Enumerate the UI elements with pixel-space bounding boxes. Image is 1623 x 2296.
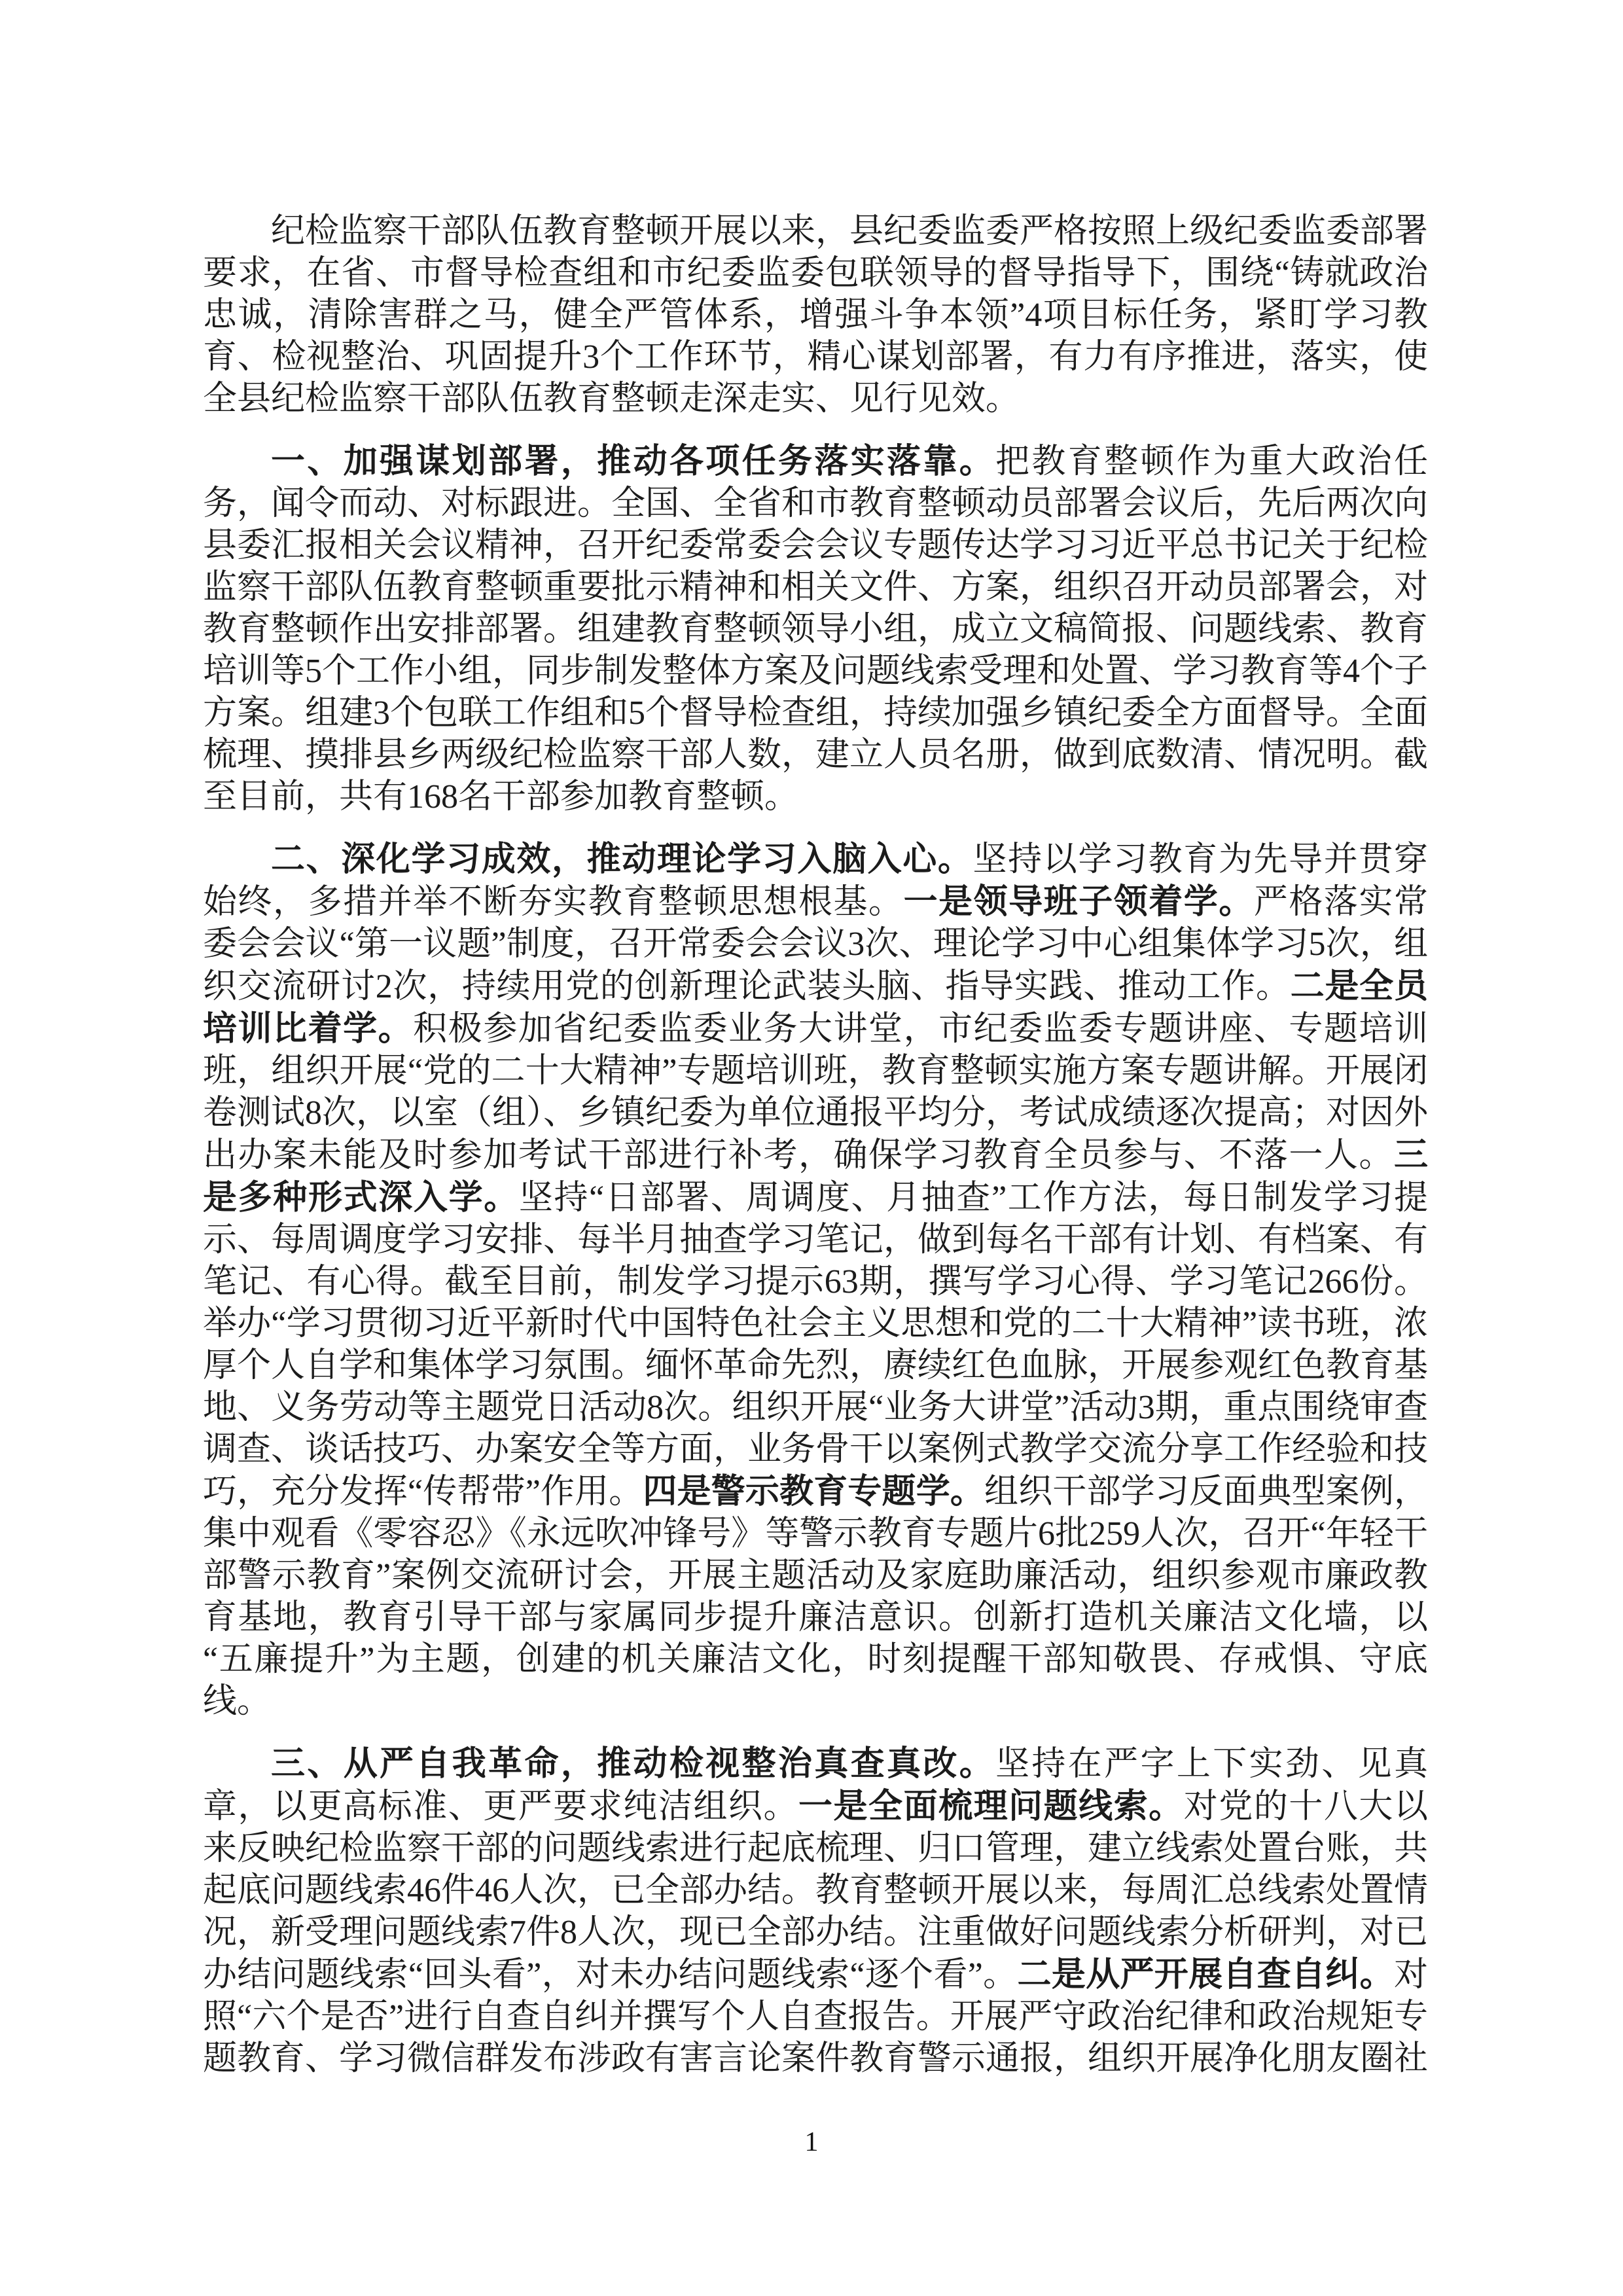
text-run: 把教育整顿作为重大政治任务，闻令而动、对标跟进。全国、全省和市教育整顿动员部署会… <box>203 443 1428 816</box>
text-run: 纪检监察干部队伍教育整顿开展以来，县纪委监委严格按照上级纪委监委部署要求，在省、… <box>203 213 1428 418</box>
bold-text-run: 三、从严自我革命，推动检视整治真查真改。 <box>271 1745 995 1783</box>
paragraph: 纪检监察干部队伍教育整顿开展以来，县纪委监委严格按照上级纪委监委部署要求，在省、… <box>203 211 1428 420</box>
paragraph: 一、加强谋划部署，推动各项任务落实落靠。把教育整顿作为重大政治任务，闻令而动、对… <box>203 440 1428 818</box>
document-page: 纪检监察干部队伍教育整顿开展以来，县纪委监委严格按照上级纪委监委部署要求，在省、… <box>0 0 1623 2296</box>
page-number: 1 <box>0 2126 1623 2159</box>
bold-text-run: 一、加强谋划部署，推动各项任务落实落靠。 <box>271 442 995 480</box>
paragraph: 三、从严自我革命，推动检视整治真查真改。坚持在严字上下实劲、见真章，以更高标准、… <box>203 1743 1428 2080</box>
paragraph: 二、深化学习成效，推动理论学习入脑入心。坚持以学习教育为先导并贯穿始终，多措并举… <box>203 838 1428 1723</box>
bold-text-run: 一是领导班子领着学。 <box>904 883 1254 921</box>
bold-text-run: 一是全面梳理问题线索。 <box>798 1787 1184 1825</box>
bold-text-run: 二是从严开展自查自纠。 <box>1018 1956 1394 1994</box>
text-run: 坚持“日部署、周调度、月抽查”工作方法，每日制发学习提示、每周调度学习安排、每半… <box>203 1179 1428 1511</box>
bold-text-run: 二、深化学习成效，推动理论学习入脑入心。 <box>271 840 972 878</box>
bold-text-run: 四是警示教育专题学。 <box>643 1473 984 1511</box>
document-body: 纪检监察干部队伍教育整顿开展以来，县纪委监委严格按照上级纪委监委部署要求，在省、… <box>203 211 1428 2080</box>
